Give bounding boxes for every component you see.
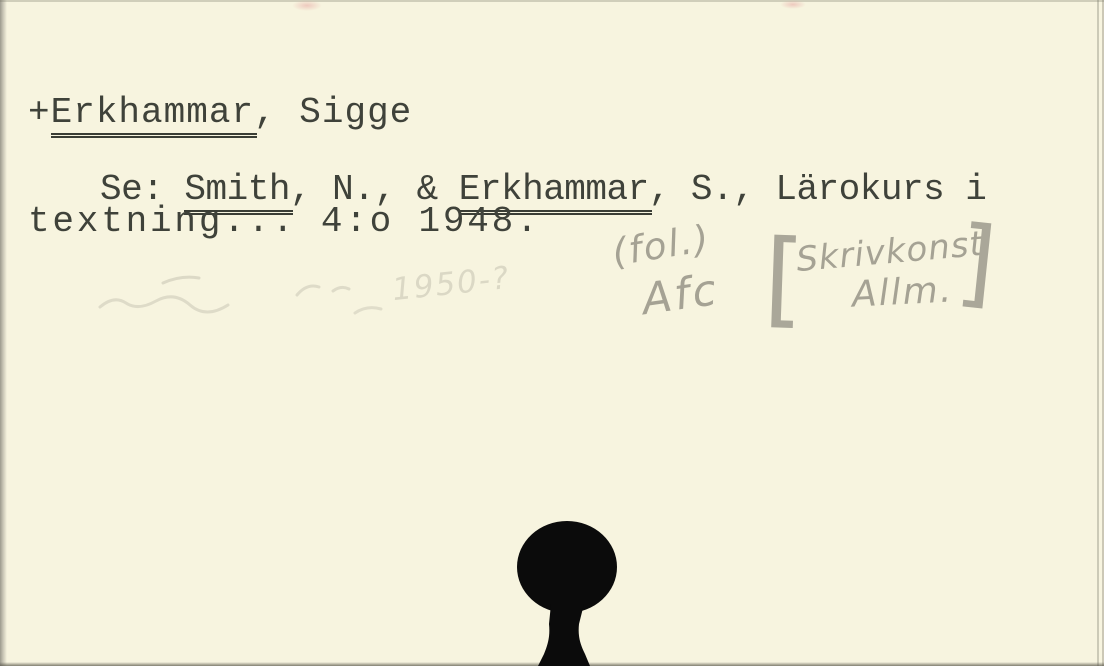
pencil-format-note: (fol.)	[609, 217, 713, 275]
scan-edge-top	[0, 0, 1104, 2]
pencil-subject-subdivision: Allm.	[851, 269, 954, 315]
reference-line-2: textning... 4:o 1948.	[28, 201, 540, 242]
scan-edge-right-line	[1097, 0, 1099, 666]
pink-smudge	[780, 0, 806, 9]
heading-line: +Erkhammar, Sigge	[28, 92, 412, 138]
scan-edge-left	[0, 0, 7, 666]
pencil-shelfmark: Afc	[639, 265, 722, 325]
pencil-faint-note: 1950-?	[390, 260, 512, 308]
reference-after: , S., Lärokurs i	[649, 169, 987, 210]
heading-suffix: , Sigge	[254, 92, 412, 133]
pink-smudge	[292, 0, 322, 11]
catalog-card: +Erkhammar, Sigge Se: Smith, N., & Erkha…	[0, 0, 1104, 666]
heading-name-underlined: Erkhammar	[51, 93, 257, 138]
hole-punch	[495, 512, 640, 666]
heading-prefix: +	[28, 92, 51, 133]
faint-pencil-scribble	[55, 255, 395, 325]
